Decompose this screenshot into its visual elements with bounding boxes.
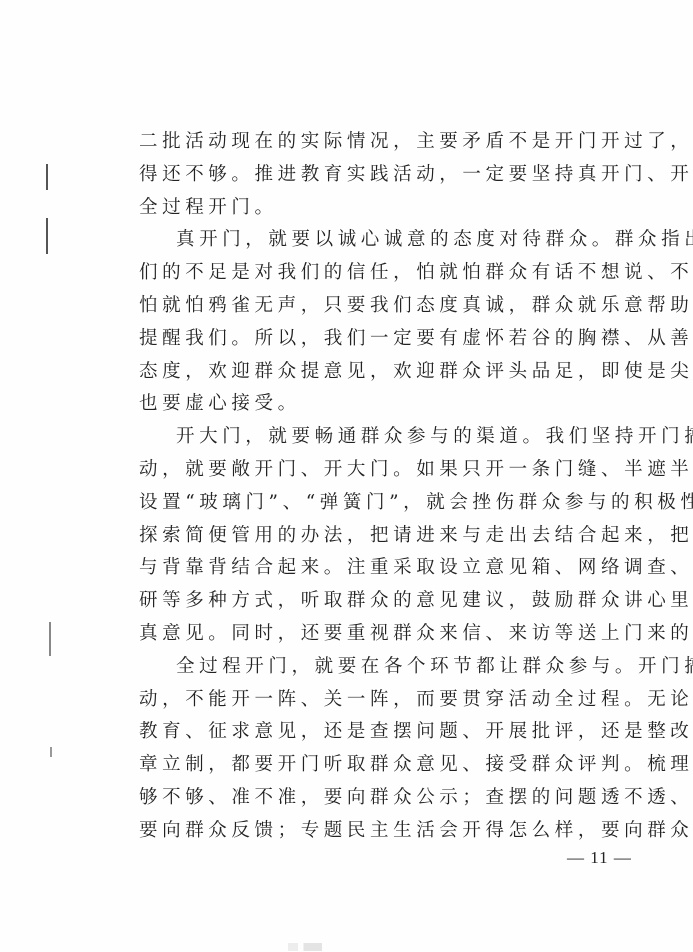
text-line: 与背靠背结合起来。注重采取设立意见箱、网络调查、委托调 <box>139 552 629 585</box>
text-line: 们的不足是对我们的信任，怕就怕群众有话不想说、不敢说， <box>139 257 629 290</box>
text-line: 真开门，就要以诚心诚意的态度对待群众。群众指出我 <box>139 224 629 257</box>
text-line: 够不够、准不准，要向群众公示；查摆的问题透不透、深不深， <box>139 782 629 815</box>
text-line: 真意见。同时，还要重视群众来信、来访等送上门来的意见。 <box>139 618 629 651</box>
text-line: 动，不能开一阵、关一阵，而要贯穿活动全过程。无论是学习 <box>139 684 629 717</box>
paragraph: 真开门，就要以诚心诚意的态度对待群众。群众指出我 们的不足是对我们的信任，怕就怕… <box>139 224 629 421</box>
text-line: 探索简便管用的办法，把请进来与走出去结合起来，把面对面 <box>139 520 629 553</box>
text-line: 提醒我们。所以，我们一定要有虚怀若谷的胸襟、从善如流的 <box>139 323 629 356</box>
text-line: 全过程开门，就要在各个环节都让群众参与。开门搞活 <box>139 651 629 684</box>
scan-artifact-mark <box>49 622 51 656</box>
text-line: 教育、征求意见，还是查摆问题、开展批评，还是整改落实、建 <box>139 716 629 749</box>
body-text: 二批活动现在的实际情况，主要矛盾不是开门开过了，而是开 得还不够。推进教育实践活… <box>139 126 629 848</box>
text-line: 得还不够。推进教育实践活动，一定要坚持真开门、开大门、 <box>139 159 629 192</box>
text-line: 研等多种方式，听取群众的意见建议，鼓励群众讲心里话、提 <box>139 585 629 618</box>
text-line: 开大门，就要畅通群众参与的渠道。我们坚持开门搞活 <box>139 421 629 454</box>
text-line: 章立制，都要开门听取群众意见、接受群众评判。梳理的意见 <box>139 749 629 782</box>
text-line: 设置“玻璃门”、“弹簧门”，就会挫伤群众参与的积极性。要 <box>139 487 629 520</box>
text-line: 也要虚心接受。 <box>139 388 629 421</box>
scanned-page: 二批活动现在的实际情况，主要矛盾不是开门开过了，而是开 得还不够。推进教育实践活… <box>0 0 693 952</box>
text-line: 态度，欢迎群众提意见，欢迎群众评头品足，即使是尖锐批评， <box>139 356 629 389</box>
paragraph: 二批活动现在的实际情况，主要矛盾不是开门开过了，而是开 得还不够。推进教育实践活… <box>139 126 629 224</box>
text-line: 全过程开门。 <box>139 192 629 225</box>
text-line: 怕就怕鸦雀无声，只要我们态度真诚，群众就乐意帮助我们、 <box>139 290 629 323</box>
scan-artifact-mark <box>46 218 48 254</box>
text-line: 要向群众反馈；专题民主生活会开得怎么样，要向群众通报； <box>139 815 629 848</box>
text-line: 动，就要敞开门、开大门。如果只开一条门缝、半遮半掩，或者 <box>139 454 629 487</box>
scan-artifact-bottom <box>288 943 322 951</box>
scan-artifact-mark <box>46 164 48 190</box>
text-line: 二批活动现在的实际情况，主要矛盾不是开门开过了，而是开 <box>139 126 629 159</box>
paragraph: 全过程开门，就要在各个环节都让群众参与。开门搞活 动，不能开一阵、关一阵，而要贯… <box>139 651 629 848</box>
paragraph: 开大门，就要畅通群众参与的渠道。我们坚持开门搞活 动，就要敞开门、开大门。如果只… <box>139 421 629 651</box>
scan-artifact-mark <box>50 747 52 757</box>
page-number: — 11 — <box>567 848 632 868</box>
